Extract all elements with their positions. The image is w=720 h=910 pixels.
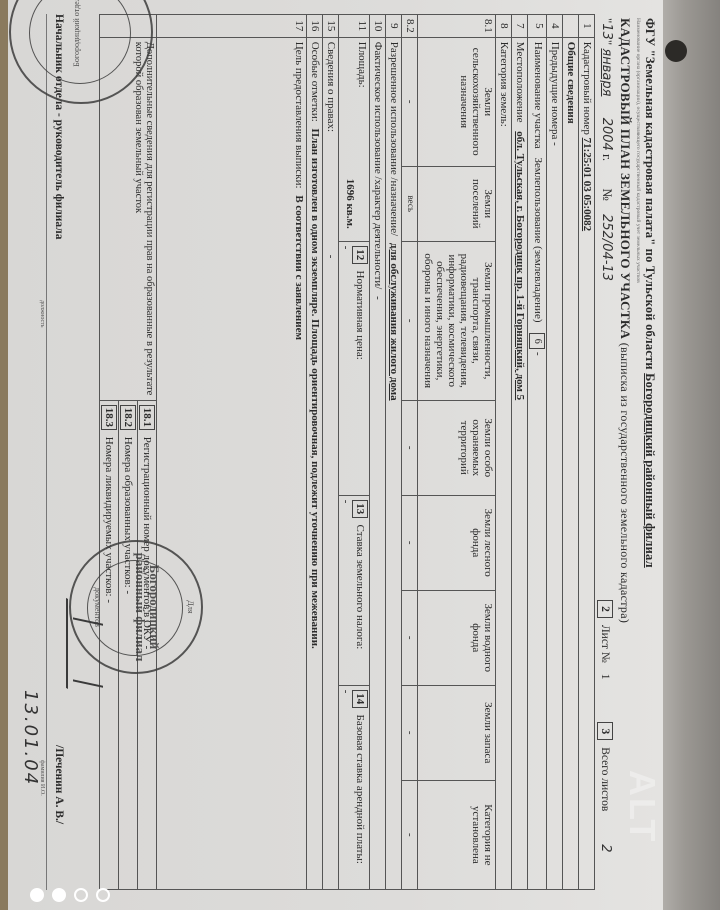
organization-caption: Наименование органа (организации), осуще… [635,18,641,283]
signature-line [46,14,47,890]
watermark: ALT [621,770,663,843]
row-purpose: 17 Цель предоставления выписки: В соотве… [157,15,307,890]
official-stamp: Для Богородицкий районный филиал докумен… [69,540,203,674]
pager-dot-3[interactable] [74,888,88,902]
row-parcel-name: 5 Наименование участка Землепользование … [528,15,547,890]
row-special-notes: 16 Особые отметки: План изготовлен в одн… [307,15,323,890]
binder-clip [665,40,687,62]
pager-dot-4[interactable] [96,888,110,902]
row-actual-use: 10 Фактическое использование /характер д… [370,15,386,890]
row-general-heading: Общие сведения [563,15,579,890]
row-land-category-values: 8.2 - весь - - - - - - [402,15,418,890]
cadastral-form-table: 1 Кадастровый номер 71:25:01 03 05:0082 … [99,14,595,890]
document-date-number: "13" января 2004 г. № 252/04-13 [599,18,615,281]
pager-dot-1[interactable] [30,888,44,902]
sheet-info: 2 Лист № 1 3 Всего листов 2 [595,600,613,900]
row-permitted-use: 9 Разрешенное использование /назначение/… [386,15,402,890]
document-photo: ALT ФГУ "Земельная кадастровая палата" п… [8,0,663,910]
row-additional-info: Дополнительные сведения для регистрации … [100,15,157,890]
cadastral-number: 71:25:01 03 05:0082 [581,138,593,232]
document-title: КАДАСТРОВЫЙ ПЛАН ЗЕМЕЛЬНОГО УЧАСТКА (вып… [617,18,633,623]
row-rights: 15 Сведения о правах: - [323,15,339,890]
organization-line: ФГУ "Земельная кадастровая палата" по Ту… [642,18,657,568]
table-surface [0,0,8,910]
parcel-area: 1696 кв.м. [344,42,356,237]
handwritten-date: 13.01.04 [20,690,41,786]
row-cadastral-number: 1 Кадастровый номер 71:25:01 03 05:0082 [579,15,595,890]
image-pagination[interactable] [30,888,110,902]
row-previous-numbers: 4 Предыдущие номера - [547,15,563,890]
row-land-category-label: 8 Категория земель: [496,15,512,890]
row-location: 7 Местоположение обл. Тульская, г. Богор… [512,15,528,890]
cadastral-plan-sheet: ALT ФГУ "Земельная кадастровая палата" п… [8,0,663,910]
parcel-address: обл. Тульская, г. Богородицк пр. 1-й Гор… [514,131,526,400]
row-area-and-rates: 11 Площадь: 1696 кв.м. 12 Нормативная це… [339,15,370,890]
signatory-name: /Печенин А. В./ [53,745,65,824]
row-land-category-headers: 8.1 Земли сельскохозяйственного назначен… [418,15,496,890]
pager-dot-2[interactable] [52,888,66,902]
